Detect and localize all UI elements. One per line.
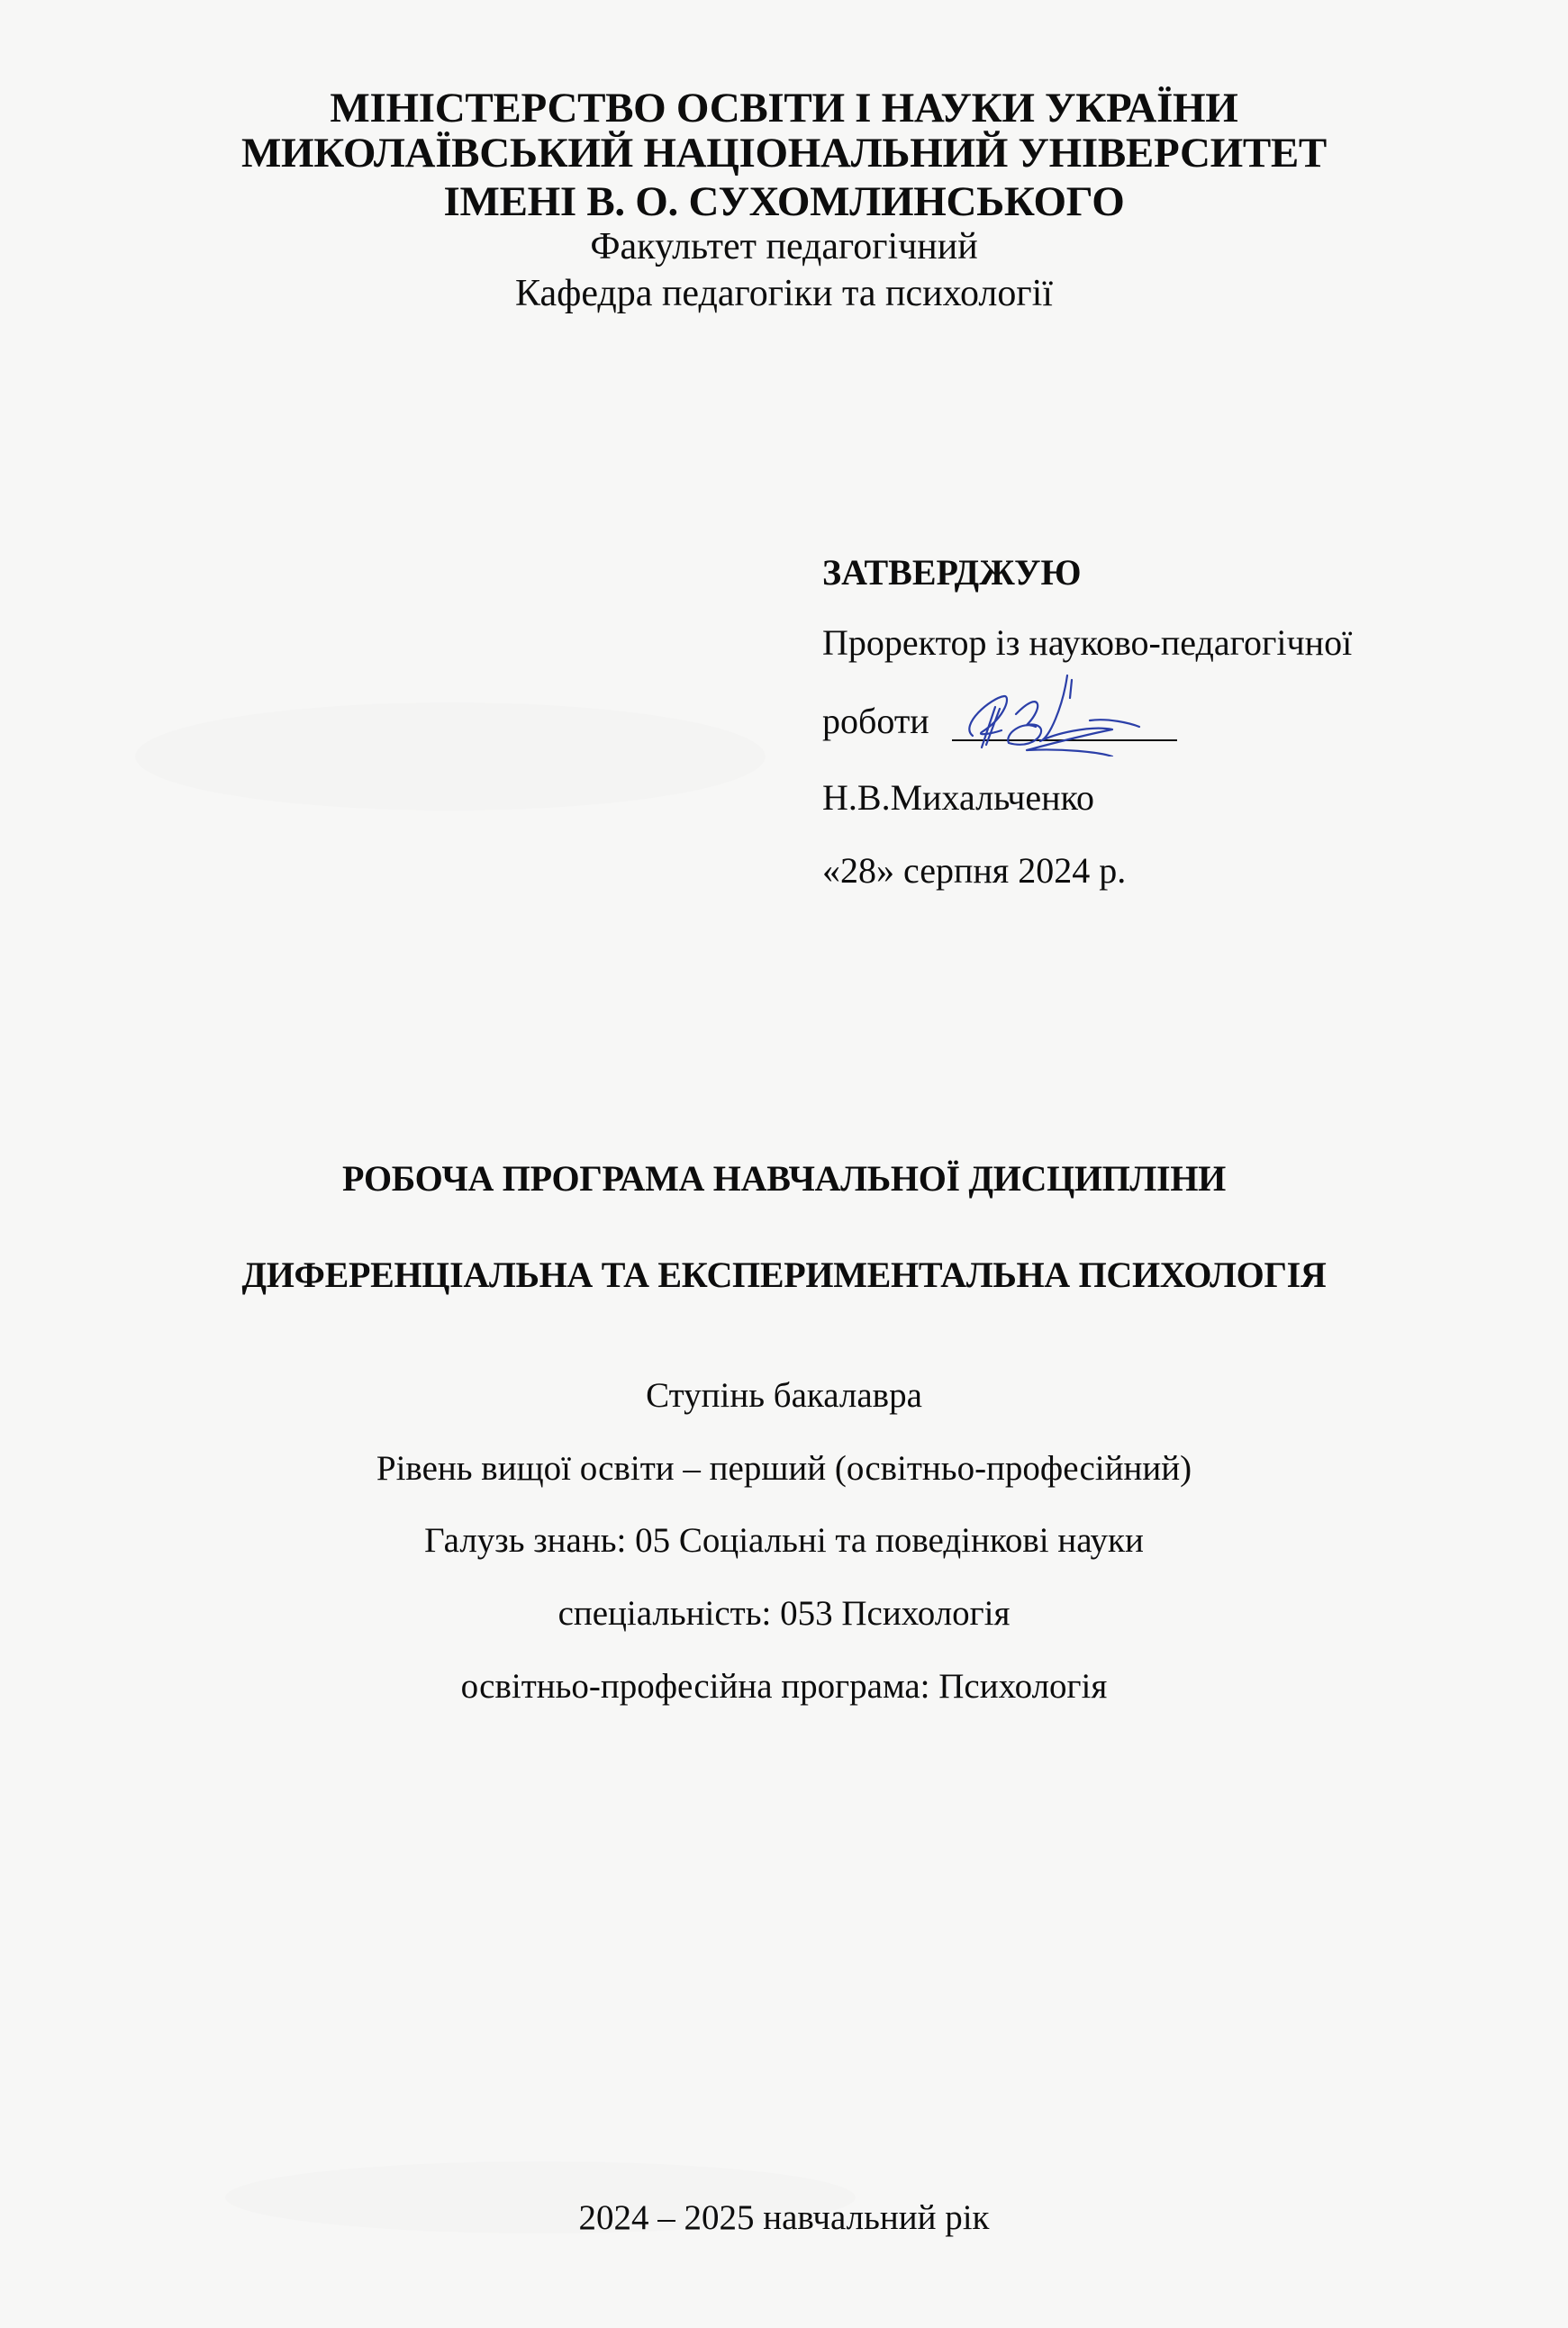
approver-position: Проректор із науково-педагогічної (822, 621, 1352, 664)
scan-shadow (135, 702, 766, 811)
educational-program: освітньо-професійна програма: Психологія (0, 1666, 1568, 1707)
approval-date: «28» серпня 2024 р. (822, 849, 1126, 892)
university-name: МИКОЛАЇВСЬКИЙ НАЦІОНАЛЬНИЙ УНІВЕРСИТЕТ (0, 129, 1568, 177)
specialty: спеціальність: 053 Психологія (0, 1593, 1568, 1634)
approval-heading: ЗАТВЕРДЖУЮ (822, 551, 1082, 593)
approver-name: Н.В.Михальченко (822, 776, 1094, 819)
discipline-name: ДИФЕРЕНЦІАЛЬНА ТА ЕКСПЕРИМЕНТАЛЬНА ПСИХО… (0, 1254, 1568, 1296)
approver-position-continued: роботи (822, 700, 929, 742)
university-name-continued: ІМЕНІ В. О. СУХОМЛИНСЬКОГО (0, 177, 1568, 226)
academic-year: 2024 – 2025 навчальний рік (0, 2197, 1568, 2238)
ministry-name: МІНІСТЕРСТВО ОСВІТИ І НАУКИ УКРАЇНИ (0, 84, 1568, 132)
document-page: МІНІСТЕРСТВО ОСВІТИ І НАУКИ УКРАЇНИ МИКО… (0, 0, 1568, 2328)
department-name: Кафедра педагогіки та психології (0, 272, 1568, 315)
field-of-knowledge: Галузь знань: 05 Соціальні та поведінков… (0, 1520, 1568, 1561)
education-level: Рівень вищої освіти – перший (освітньо-п… (0, 1448, 1568, 1489)
document-title: РОБОЧА ПРОГРАМА НАВЧАЛЬНОЇ ДИСЦИПЛІНИ (0, 1157, 1568, 1200)
signature-icon (955, 671, 1198, 756)
faculty-name: Факультет педагогічний (0, 225, 1568, 268)
degree-label: Ступінь бакалавра (0, 1375, 1568, 1416)
